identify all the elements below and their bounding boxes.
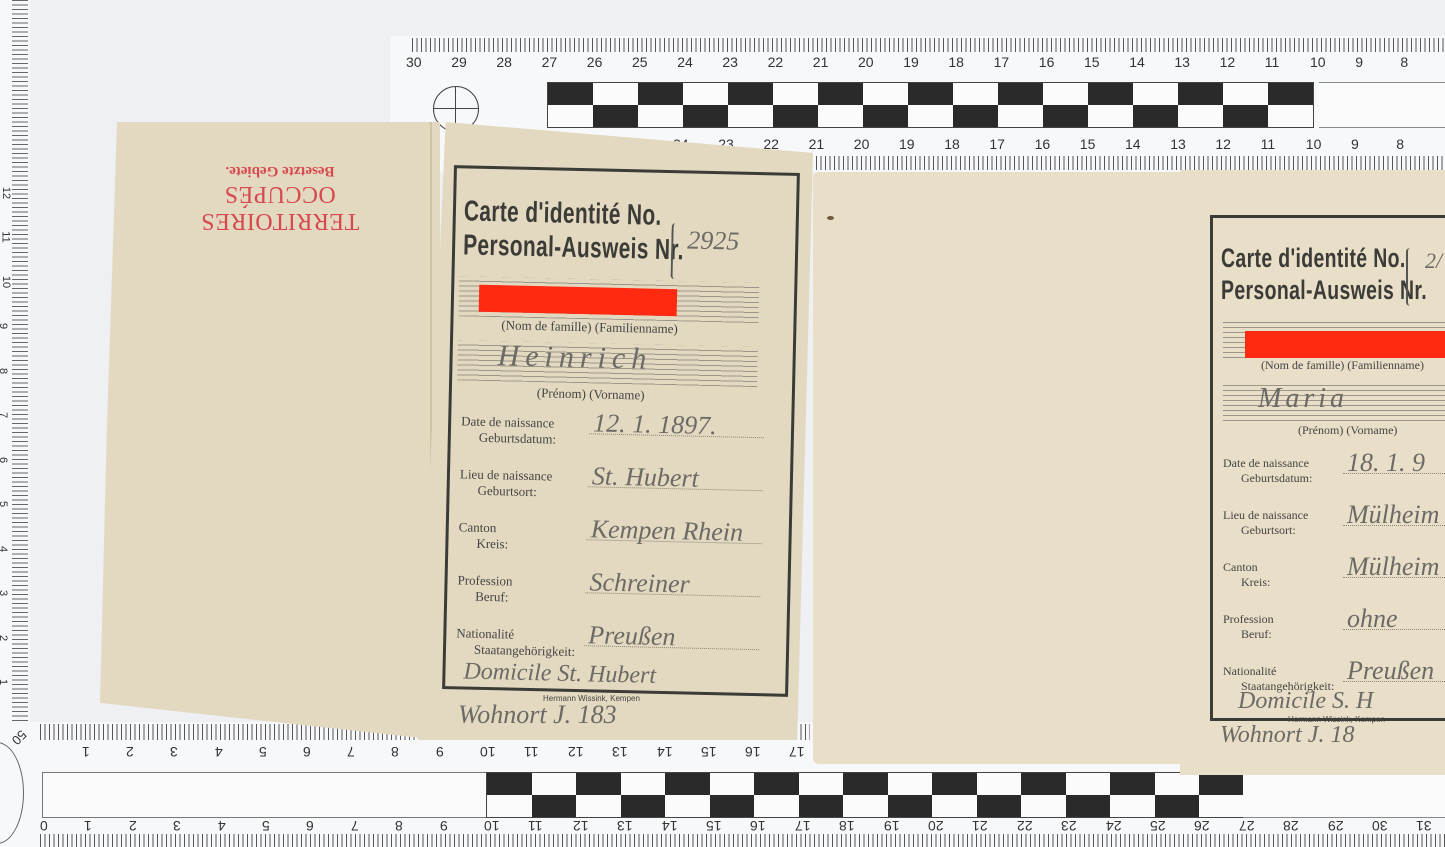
bottom-checker-scale <box>486 772 1245 818</box>
card-field-row: Lieu de naissanceGeburtsort:St. Hubert <box>459 466 552 501</box>
bottom-ruler-number: 20 <box>928 818 944 834</box>
bottom-ruler-number: 6 <box>306 818 314 834</box>
top-ruler-number: 17 <box>994 54 1010 70</box>
bottom-ruler-number: 2 <box>129 818 137 834</box>
corner-circle-icon <box>0 742 24 844</box>
bottom-ruler-number: 17 <box>795 818 811 834</box>
top-ruler-number: 14 <box>1125 136 1141 152</box>
bottom-ruler-number: 7 <box>351 818 359 834</box>
bottom-ruler-number: 26 <box>1194 818 1210 834</box>
card1-firstname-label: (Prénom) (Vorname) <box>537 385 645 404</box>
left-ruler-number: 12 <box>0 186 12 198</box>
bottom-ruler-number: 12 <box>568 744 584 760</box>
field-value: ohne <box>1347 604 1398 634</box>
field-label-de: Geburtsdatum: <box>1223 471 1312 486</box>
top-ruler-number: 9 <box>1355 54 1363 70</box>
bottom-ruler-number: 2 <box>126 744 134 760</box>
bottom-ruler-number: 14 <box>657 744 673 760</box>
bottom-ruler-number: 11 <box>528 818 543 834</box>
bottom-ruler-number: 14 <box>662 818 678 834</box>
bottom-ruler-number: 10 <box>484 818 500 834</box>
card1-title-fr: Carte d'identité No. <box>464 196 662 231</box>
card-field-row: Date de naissanceGeburtsdatum:18. 1. 9 <box>1223 456 1312 486</box>
card1-number-brace <box>670 223 679 279</box>
top-ruler-number: 12 <box>1220 54 1236 70</box>
left-ruler: 123456789101112 <box>0 0 30 730</box>
bottom-ruler-lower-ticks <box>40 834 1445 847</box>
field-label-fr: Canton <box>459 519 509 536</box>
top-checker-scale <box>547 82 1314 128</box>
bottom-ruler-number: 24 <box>1106 818 1122 834</box>
field-label-fr: Date de naissance <box>1223 456 1312 471</box>
top-ruler-number: 15 <box>1080 136 1096 152</box>
top-ruler-number: 23 <box>722 54 738 70</box>
top-ruler-number: 16 <box>1039 54 1055 70</box>
bottom-ruler-number: 0 <box>40 818 48 834</box>
top-checker-blank <box>1319 82 1445 128</box>
bottom-ruler-number: 28 <box>1283 818 1299 834</box>
left-ruler-number: 6 <box>0 456 9 462</box>
bottom-ruler-number: 21 <box>972 818 988 834</box>
field-value: Preußen <box>588 620 676 652</box>
top-ruler-upper-ticks <box>412 38 1445 52</box>
field-label-de: Geburtsdatum: <box>461 430 557 448</box>
bottom-ruler-number: 29 <box>1328 818 1344 834</box>
top-ruler-number: 8 <box>1400 54 1408 70</box>
bottom-ruler-number: 7 <box>347 744 355 760</box>
field-label-fr: Profession <box>1223 612 1274 627</box>
card2-firstname: Maria <box>1258 383 1348 415</box>
bottom-ruler-number: 5 <box>262 818 270 834</box>
bottom-ruler-number: 11 <box>524 744 539 760</box>
top-ruler-number: 30 <box>406 54 422 70</box>
top-ruler-number: 29 <box>451 54 467 70</box>
card-field-row: ProfessionBeruf:ohne <box>1223 612 1274 642</box>
field-label-de: Geburtsort: <box>459 483 552 501</box>
bottom-ruler-number: 1 <box>82 744 90 760</box>
bottom-checker-blank <box>42 772 488 818</box>
card1-residence: Wohnort J. 183 <box>458 700 617 730</box>
card1-title-de: Personal-Ausweis Nr. <box>463 230 684 265</box>
card2-firstname-label: (Prénom) (Vorname) <box>1298 423 1397 438</box>
field-label-de: Geburtsort: <box>1223 523 1308 538</box>
card1-domicile: Domicile St. Hubert <box>463 658 656 689</box>
field-value: Preußen <box>1347 656 1434 686</box>
field-label-fr: Profession <box>457 572 512 589</box>
corner-label: 50 <box>9 727 30 748</box>
card-field-row: CantonKreis:Kempen Rhein <box>458 519 509 553</box>
bottom-ruler-number: 23 <box>1061 818 1077 834</box>
top-ruler-number: 20 <box>858 54 874 70</box>
bottom-ruler-number: 13 <box>617 818 633 834</box>
bottom-ruler-number: 22 <box>1017 818 1033 834</box>
bottom-ruler-number: 30 <box>1372 818 1388 834</box>
top-ruler-number: 19 <box>899 136 915 152</box>
field-value: Schreiner <box>589 567 690 599</box>
card2-frame: Carte d'identité No. Personal-Ausweis Nr… <box>1210 215 1445 721</box>
field-value: 12. 1. 1897. <box>593 408 717 441</box>
card2-back-flap <box>813 172 1185 764</box>
field-value: St. Hubert <box>592 461 700 493</box>
left-ruler-number: 1 <box>0 679 9 685</box>
bottom-ruler-number: 9 <box>436 744 444 760</box>
top-ruler-number: 17 <box>989 136 1005 152</box>
bottom-ruler-number: 9 <box>440 818 448 834</box>
field-label-fr: Canton <box>1223 560 1270 575</box>
bottom-ruler-number: 31 <box>1416 818 1432 834</box>
card1-number: 2925 <box>687 225 740 256</box>
bottom-ruler-number: 18 <box>839 818 855 834</box>
top-ruler-number: 15 <box>1084 54 1100 70</box>
card-field-row: Date de naissanceGeburtsdatum:12. 1. 189… <box>461 413 557 448</box>
field-value: 18. 1. 9 <box>1347 448 1425 478</box>
card2-number: 2/ <box>1425 248 1442 274</box>
top-ruler-number: 10 <box>1306 136 1322 152</box>
bottom-ruler-number: 3 <box>173 818 181 834</box>
bottom-ruler-number: 15 <box>706 818 722 834</box>
top-ruler-number: 18 <box>944 136 960 152</box>
top-ruler-number: 19 <box>903 54 919 70</box>
card2-domicile: Domicile S. H <box>1238 688 1373 715</box>
field-label-de: Staatangehörigkeit: <box>456 642 575 661</box>
top-ruler-number: 13 <box>1174 54 1190 70</box>
left-ruler-number: 9 <box>0 323 9 329</box>
field-label-de: Beruf: <box>457 589 512 606</box>
left-ruler-number: 2 <box>0 634 9 640</box>
left-ruler-number: 4 <box>0 545 9 551</box>
field-value: Kempen Rhein <box>590 514 743 547</box>
top-ruler-number: 21 <box>813 54 829 70</box>
top-ruler-number: 28 <box>496 54 512 70</box>
bottom-ruler-number: 8 <box>395 818 403 834</box>
left-ruler-number: 5 <box>0 501 9 507</box>
card1-fields: Date de naissanceGeburtsdatum:12. 1. 189… <box>457 168 797 176</box>
card1-surname-redaction <box>479 285 678 316</box>
field-label-fr: Nationalité <box>1223 664 1334 679</box>
left-ruler-number: 8 <box>0 367 9 373</box>
bottom-ruler-number: 15 <box>701 744 717 760</box>
top-ruler-number: 26 <box>587 54 603 70</box>
bottom-ruler-number: 1 <box>84 818 92 834</box>
top-ruler-number: 9 <box>1351 136 1359 152</box>
ink-spot <box>827 216 834 220</box>
bottom-ruler-number: 4 <box>215 744 223 760</box>
bottom-ruler-number: 12 <box>573 818 589 834</box>
occupied-territories-stamp: TERRITOIRES OCCUPÉS Besetzte Gebiete. <box>145 162 415 234</box>
top-ruler-number: 14 <box>1129 54 1145 70</box>
card2-front[interactable]: Carte d'identité No. Personal-Ausweis Nr… <box>1180 170 1445 775</box>
left-ruler-number: 10 <box>0 275 12 287</box>
bottom-ruler-number: 3 <box>170 744 178 760</box>
top-ruler-number: 13 <box>1170 136 1186 152</box>
top-ruler-number: 10 <box>1310 54 1326 70</box>
card-field-row: ProfessionBeruf:Schreiner <box>457 572 513 606</box>
card1-front[interactable]: Carte d'identité No. Personal-Ausweis Nr… <box>418 122 813 740</box>
top-ruler-number: 20 <box>854 136 870 152</box>
bottom-ruler-number: 13 <box>612 744 628 760</box>
top-ruler-number: 18 <box>948 54 964 70</box>
bottom-ruler-number: 6 <box>303 744 311 760</box>
bottom-ruler-number: 17 <box>789 744 805 760</box>
top-ruler-number: 8 <box>1396 136 1404 152</box>
bottom-ruler-number: 16 <box>745 744 761 760</box>
card1-back-flap: TERRITOIRES OCCUPÉS Besetzte Gebiete. <box>100 122 440 740</box>
card-field-row: Lieu de naissanceGeburtsort:Mülheim <box>1223 508 1308 538</box>
top-ruler-number: 12 <box>1215 136 1231 152</box>
top-ruler-number: 25 <box>632 54 648 70</box>
left-ruler-number: 3 <box>0 590 9 596</box>
card2-number-brace <box>1406 248 1414 306</box>
top-ruler-number: 11 <box>1261 136 1276 152</box>
bottom-ruler-number: 4 <box>218 818 226 834</box>
bottom-ruler-number: 16 <box>750 818 766 834</box>
card2-title-fr: Carte d'identité No. <box>1221 244 1406 272</box>
card2-residence: Wohnort J. 18 <box>1220 722 1354 749</box>
bottom-ruler-number: 8 <box>391 744 399 760</box>
field-value: Mülheim <box>1347 552 1439 582</box>
field-value: Mülheim <box>1347 500 1439 530</box>
bottom-ruler-number: 25 <box>1150 818 1166 834</box>
top-ruler-number: 22 <box>768 54 784 70</box>
card1-surname-label: (Nom de famille) (Familienname) <box>501 317 678 337</box>
card2-title-de: Personal-Ausweis Nr. <box>1221 276 1427 304</box>
card2-surname-redaction <box>1245 331 1445 358</box>
top-ruler-number: 11 <box>1265 54 1280 70</box>
top-ruler-number: 24 <box>677 54 693 70</box>
top-ruler-number: 27 <box>542 54 558 70</box>
field-label-fr: Lieu de naissance <box>1223 508 1308 523</box>
field-label-fr: Date de naissance <box>461 413 557 431</box>
left-ruler-number: 11 <box>0 231 12 242</box>
field-label-de: Beruf: <box>1223 627 1274 642</box>
card-field-row: CantonKreis:Mülheim <box>1223 560 1270 590</box>
bottom-ruler-number: 27 <box>1239 818 1255 834</box>
bottom-ruler-number: 19 <box>884 818 900 834</box>
bottom-checker-blank-right <box>1243 772 1445 818</box>
field-label-de: Kreis: <box>1223 575 1270 590</box>
top-ruler-number: 21 <box>809 136 825 152</box>
left-ruler-number: 7 <box>0 412 9 418</box>
left-ruler-ticks <box>12 0 28 730</box>
card2-surname-label: (Nom de famille) (Familienname) <box>1261 358 1424 373</box>
bottom-ruler-number: 5 <box>259 744 267 760</box>
top-ruler-number: 16 <box>1035 136 1051 152</box>
field-label-fr: Lieu de naissance <box>460 466 553 484</box>
field-label-de: Kreis: <box>458 536 508 553</box>
card1-frame: Carte d'identité No. Personal-Ausweis Nr… <box>442 165 800 697</box>
card1-firstname: Heinrich <box>497 339 652 376</box>
bottom-ruler-number: 10 <box>480 744 496 760</box>
card-field-row: NationalitéStaatangehörigkeit:Preußen <box>456 625 576 660</box>
